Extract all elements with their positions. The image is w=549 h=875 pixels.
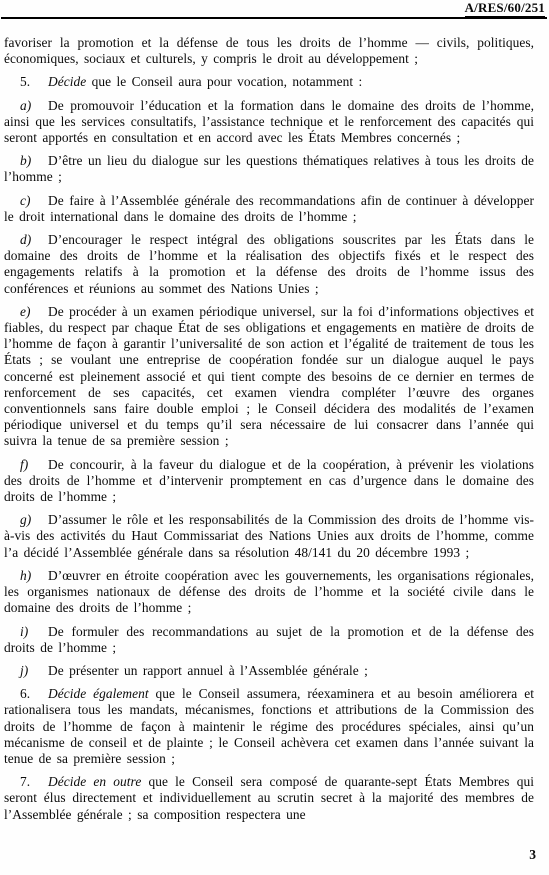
item-marker: h) (20, 568, 48, 584)
item-marker: a) (20, 98, 48, 114)
decide-lead: Décide également (48, 686, 149, 701)
document-page: A/RES/60/251 favoriser la promotion et l… (0, 0, 549, 875)
paragraph-text: De procéder à un examen périodique unive… (4, 304, 534, 449)
paragraph-text: D’être un lieu du dialogue sur les quest… (4, 153, 534, 184)
item-marker: 5. (20, 74, 48, 90)
paragraph-text: De promouvoir l’éducation et la formatio… (4, 98, 534, 145)
paragraph-text: De formuler des recommandations au sujet… (4, 624, 534, 655)
doc-symbol: A/RES/60/251 (465, 1, 545, 17)
paragraph-item-j: j)De présenter un rapport annuel à l’Ass… (4, 663, 534, 679)
paragraph-7: 7.Décide en outre que le Conseil sera co… (4, 774, 534, 823)
paragraph-continuation: favoriser la promotion et la défense de … (4, 35, 534, 67)
paragraph-text: De présenter un rapport annuel à l’Assem… (48, 663, 368, 678)
item-marker: c) (20, 193, 48, 209)
decide-lead: Décide (48, 74, 86, 89)
item-marker: b) (20, 153, 48, 169)
paragraph-text: De faire à l’Assemblée générale des reco… (4, 193, 534, 224)
paragraph-item-d: d)D’encourager le respect intégral des o… (4, 232, 534, 297)
paragraph-item-i: i)De formuler des recommandations au suj… (4, 624, 534, 656)
paragraph-item-h: h)D’œuvrer en étroite coopération avec l… (4, 568, 534, 617)
item-marker: 7. (20, 774, 48, 790)
paragraph-text: que le Conseil aura pour vocation, notam… (86, 74, 362, 89)
page-number: 3 (529, 847, 536, 863)
item-marker: j) (20, 663, 48, 679)
item-marker: e) (20, 304, 48, 320)
paragraph-text: De concourir, à la faveur du dialogue et… (4, 457, 534, 504)
paragraph-item-f: f)De concourir, à la faveur du dialogue … (4, 457, 534, 506)
item-marker: f) (20, 457, 48, 473)
paragraph-item-b: b)D’être un lieu du dialogue sur les que… (4, 153, 534, 185)
paragraph-item-g: g)D’assumer le rôle et les responsabilit… (4, 512, 534, 561)
paragraph-item-a: a)De promouvoir l’éducation et la format… (4, 98, 534, 147)
paragraph-6: 6.Décide également que le Conseil assume… (4, 686, 534, 767)
paragraph-item-c: c)De faire à l’Assemblée générale des re… (4, 193, 534, 225)
item-marker: 6. (20, 686, 48, 702)
paragraph-text: D’assumer le rôle et les responsabilités… (4, 512, 534, 559)
paragraph-text: favoriser la promotion et la défense de … (4, 35, 534, 66)
decide-lead: Décide en outre (48, 774, 141, 789)
item-marker: g) (20, 512, 48, 528)
paragraph-5: 5.Décide que le Conseil aura pour vocati… (4, 74, 534, 90)
paragraph-text: D’encourager le respect intégral des obl… (4, 232, 534, 296)
document-body: favoriser la promotion et la défense de … (4, 35, 534, 823)
item-marker: d) (20, 232, 48, 248)
item-marker: i) (20, 624, 48, 640)
header-rule (1, 17, 547, 19)
paragraph-text: D’œuvrer en étroite coopération avec les… (4, 568, 534, 615)
paragraph-item-e: e)De procéder à un examen périodique uni… (4, 304, 534, 450)
